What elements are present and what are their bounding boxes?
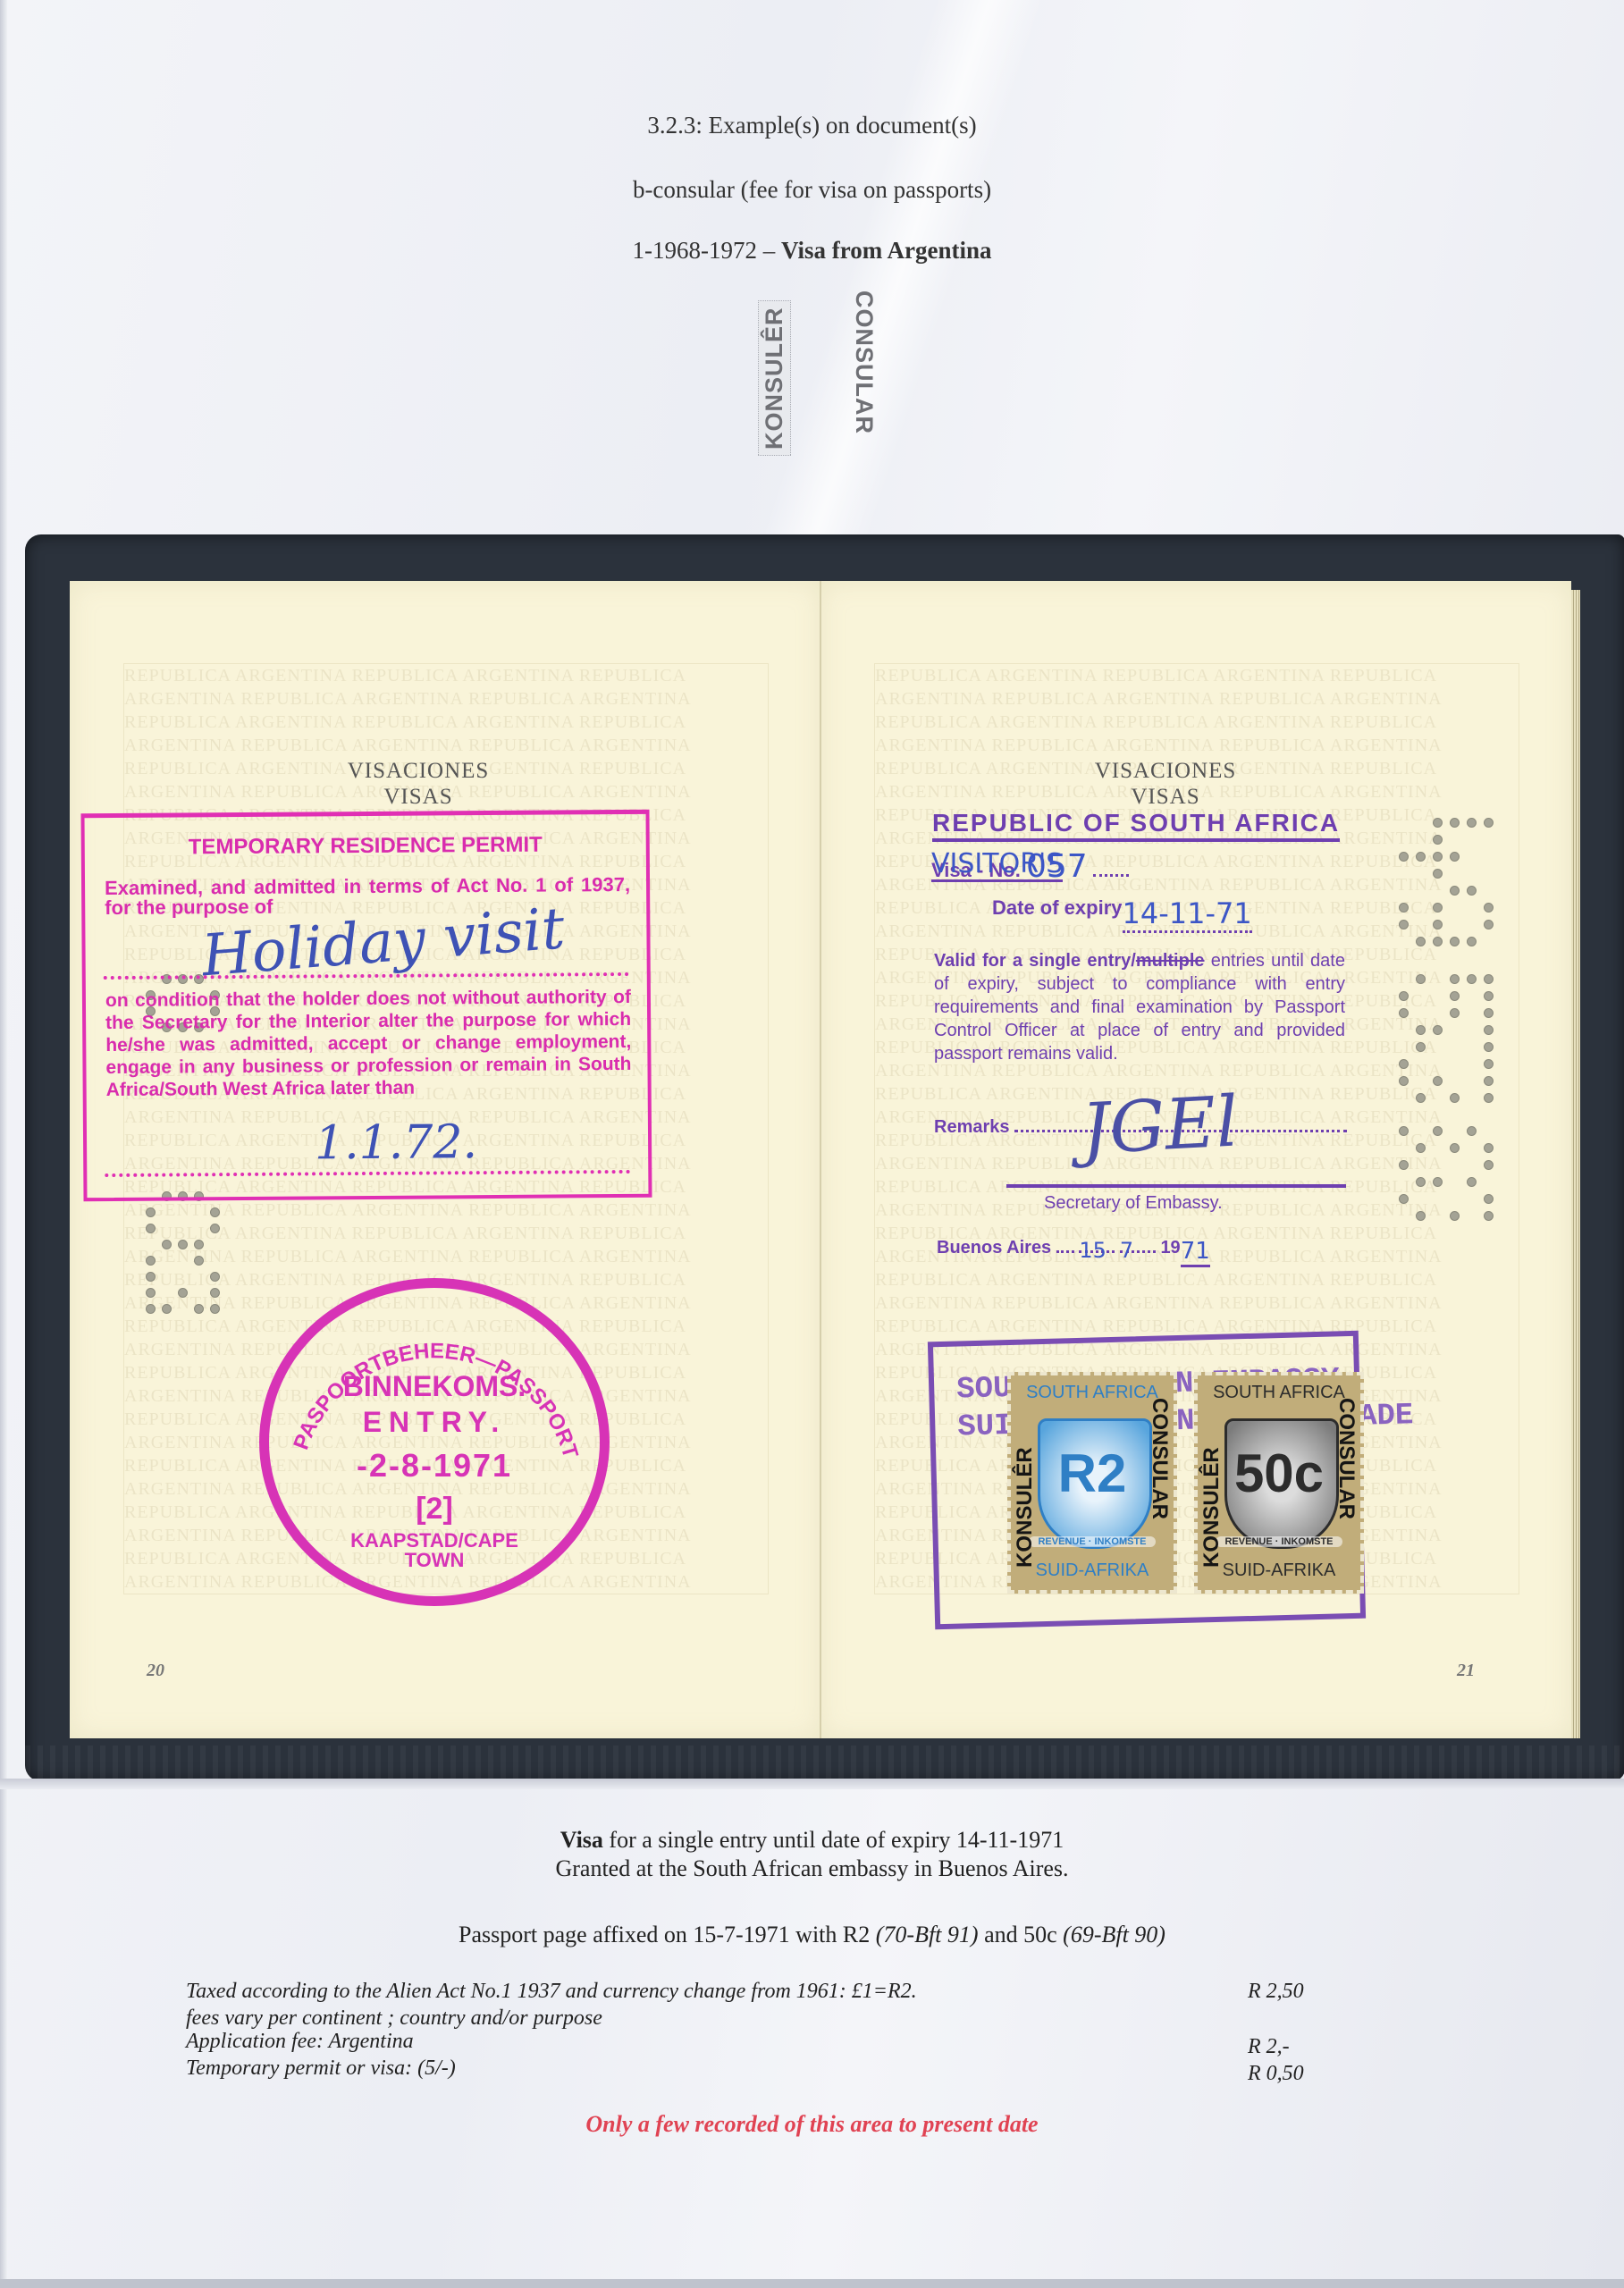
perforation-hole bbox=[1399, 903, 1409, 913]
perforation-hole bbox=[1484, 1211, 1494, 1221]
perforation-hole bbox=[1450, 937, 1460, 946]
overprint-consular: CONSULAR bbox=[1334, 1398, 1359, 1519]
overprint-sample-konsuler: KONSULÊR bbox=[758, 300, 791, 456]
perforation-hole bbox=[1416, 974, 1426, 984]
perforation-hole bbox=[1399, 1126, 1409, 1136]
perforation-hole bbox=[1399, 1059, 1409, 1069]
perforation-hole bbox=[1433, 903, 1443, 913]
perforation-hole bbox=[1433, 1076, 1443, 1086]
perforation-hole bbox=[1433, 869, 1443, 879]
revenue-stamp-r2: SOUTH AFRICA R2 REVENUE · INKOMSTE SUID-… bbox=[1007, 1372, 1177, 1594]
fee-breakdown: Taxed according to the Alien Act No.1 19… bbox=[186, 1980, 1330, 2083]
perforation-hole bbox=[1467, 1126, 1477, 1136]
perforation-hole bbox=[1399, 1160, 1409, 1170]
perforation-hole bbox=[1484, 1008, 1494, 1018]
section-subtitle: b-consular (fee for visa on passports) bbox=[0, 176, 1624, 204]
perforation-hole bbox=[210, 1272, 220, 1282]
perforation-hole bbox=[1467, 818, 1477, 828]
handwritten-expiry: 1.1.72. bbox=[315, 1115, 477, 1170]
perforation-hole bbox=[1416, 1211, 1426, 1221]
perforation-hole bbox=[1416, 1177, 1426, 1187]
embassy-signature: JGEl bbox=[1080, 1081, 1241, 1170]
perforation-hole bbox=[178, 1288, 188, 1298]
perforation-hole bbox=[1484, 1025, 1494, 1035]
handwritten-expiry-date: 14-11-71 bbox=[1123, 896, 1252, 933]
perforation-hole bbox=[1399, 852, 1409, 862]
perforation-hole bbox=[194, 1240, 204, 1249]
overprint-konsuler: KONSULÊR bbox=[1199, 1447, 1224, 1568]
perforation-hole bbox=[1399, 1194, 1409, 1204]
period-label: 1-1968-1972 – bbox=[633, 237, 781, 264]
perforation-hole bbox=[146, 1272, 156, 1282]
perforation-hole bbox=[146, 1224, 156, 1233]
perforation-hole bbox=[1399, 920, 1409, 929]
perforation-hole bbox=[1484, 920, 1494, 929]
perforation-hole bbox=[1433, 1126, 1443, 1136]
handwritten-visa-number: 057 bbox=[1026, 848, 1088, 885]
perforation-hole bbox=[1433, 1025, 1443, 1035]
perforation-hole bbox=[1433, 818, 1443, 828]
sleeve-bottom-edge bbox=[0, 2279, 1624, 2288]
signatory-title: Secretary of Embassy. bbox=[1044, 1193, 1223, 1214]
caption-affixed: Passport page affixed on 15-7-1971 with … bbox=[0, 1922, 1624, 1948]
caption-granted: Granted at the South African embassy in … bbox=[0, 1855, 1624, 1882]
perforation-hole bbox=[1484, 1194, 1494, 1204]
overprint-konsuler: KONSULÊR bbox=[1013, 1447, 1038, 1568]
fee-row: Temporary permit or visa: (5/-)R 0,50 bbox=[186, 2057, 1330, 2083]
page-number: 20 bbox=[147, 1661, 164, 1681]
sleeve-glare bbox=[762, 0, 1044, 536]
perforation-hole bbox=[1484, 1143, 1494, 1153]
rarity-note: Only a few recorded of this area to pres… bbox=[0, 2111, 1624, 2138]
perforation-hole bbox=[1484, 1059, 1494, 1069]
perforation-hole bbox=[194, 1256, 204, 1266]
perforation-hole bbox=[1433, 852, 1443, 862]
perforation-hole bbox=[210, 1304, 220, 1314]
perforation-hole bbox=[1416, 1042, 1426, 1052]
perforation-hole bbox=[1416, 1093, 1426, 1103]
passport-spine bbox=[820, 581, 821, 1738]
perforation-hole bbox=[162, 1240, 172, 1249]
fee-row: Application fee: ArgentinaR 2,- bbox=[186, 2030, 1330, 2057]
passport-control-entry-stamp: PASPOORTBEHEER—PASSPORT CONTROL BINNEKOM… bbox=[259, 1278, 610, 1606]
perforation-hole bbox=[146, 1304, 156, 1314]
perforation-hole bbox=[1450, 974, 1460, 984]
perforation-hole bbox=[210, 1288, 220, 1298]
perforation-hole bbox=[162, 1304, 172, 1314]
perforation-hole bbox=[1433, 835, 1443, 845]
revenue-stamp-50c: SOUTH AFRICA 50c REVENUE · INKOMSTE SUID… bbox=[1194, 1372, 1364, 1594]
perforation-hole bbox=[1450, 1093, 1460, 1103]
fee-row: fees vary per continent ; country and/or… bbox=[186, 2006, 1330, 2030]
perforation-hole bbox=[1467, 886, 1477, 896]
perforation-hole bbox=[1416, 937, 1426, 946]
perforation-hole bbox=[1484, 1093, 1494, 1103]
perforation-hole bbox=[1450, 1143, 1460, 1153]
caption-visa: Visa for a single entry until date of ex… bbox=[0, 1827, 1624, 1854]
perforation-hole bbox=[1484, 974, 1494, 984]
perforation-hole bbox=[1433, 920, 1443, 929]
perforation-hole bbox=[1450, 1211, 1460, 1221]
perforation-hole bbox=[1484, 1042, 1494, 1052]
dotted-line bbox=[104, 972, 629, 980]
visa-conditions: Valid for a single entry/multiple entrie… bbox=[934, 949, 1345, 1065]
perforation-hole bbox=[146, 1207, 156, 1217]
perforation-hole bbox=[1484, 818, 1494, 828]
section-title: 3.2.3: Example(s) on document(s) bbox=[0, 112, 1624, 139]
entry-date: -2-8-1971 bbox=[269, 1447, 600, 1485]
perforation-hole bbox=[1450, 818, 1460, 828]
perforation-hole bbox=[1450, 852, 1460, 862]
perforation-hole bbox=[1484, 1160, 1494, 1170]
page-title: VISACIONES VISAS bbox=[284, 758, 552, 810]
perforation-hole bbox=[1399, 1008, 1409, 1018]
fee-row: Taxed according to the Alien Act No.1 19… bbox=[186, 1980, 1330, 2006]
perforation-hole bbox=[1433, 937, 1443, 946]
perforation-hole bbox=[210, 1207, 220, 1217]
heading-bold: Visa from Argentina bbox=[781, 237, 992, 264]
perforation-hole bbox=[1467, 937, 1477, 946]
perforation-hole bbox=[1450, 991, 1460, 1001]
perforation-hole bbox=[1416, 1025, 1426, 1035]
page-number: 21 bbox=[1457, 1661, 1475, 1681]
perforation-hole bbox=[1467, 1177, 1477, 1187]
perforation-hole bbox=[146, 1256, 156, 1266]
page-title: VISACIONES VISAS bbox=[1031, 758, 1300, 810]
perforation-hole bbox=[1450, 886, 1460, 896]
perforation-hole bbox=[1399, 1076, 1409, 1086]
perforation-hole bbox=[1450, 1008, 1460, 1018]
perforation-hole bbox=[194, 1304, 204, 1314]
perforation-hole bbox=[210, 1224, 220, 1233]
perforation-hole bbox=[1416, 852, 1426, 862]
perforation-hole bbox=[178, 1240, 188, 1249]
perforation-hole bbox=[146, 1288, 156, 1298]
sleeve-fold bbox=[0, 1779, 1624, 1789]
perforation-hole bbox=[1484, 903, 1494, 913]
perforation-hole bbox=[1484, 1076, 1494, 1086]
section-heading: 1-1968-1972 – Visa from Argentina bbox=[0, 237, 1624, 265]
overprint-sample-consular: CONSULAR bbox=[850, 290, 878, 434]
perforation-hole bbox=[1467, 974, 1477, 984]
perforation-hole bbox=[1416, 1143, 1426, 1153]
temporary-residence-permit-stamp: TEMPORARY RESIDENCE PERMIT Examined, and… bbox=[80, 810, 652, 1201]
dotted-line bbox=[105, 1170, 630, 1177]
perforation-hole bbox=[1484, 991, 1494, 1001]
perforation-hole bbox=[1399, 991, 1409, 1001]
overprint-consular: CONSULAR bbox=[1147, 1398, 1172, 1519]
perforation-hole bbox=[1433, 1177, 1443, 1187]
